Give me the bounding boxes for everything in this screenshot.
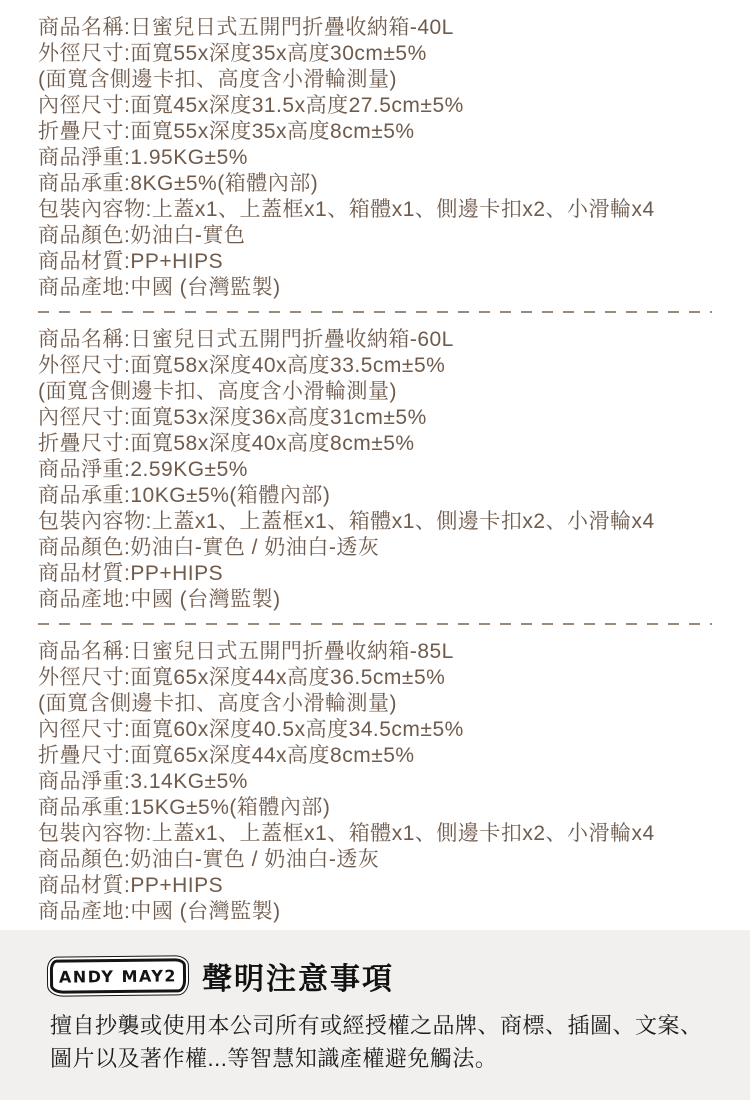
color-line: 商品顏色:奶油白-實色 / 奶油白-透灰 xyxy=(38,535,712,561)
origin-line: 商品產地:中國 (台灣監製) xyxy=(38,899,712,925)
product-spec-content: 商品名稱:日蜜兒日式五開門折疊收納箱-40L 外徑尺寸:面寬55x深度35x高度… xyxy=(0,0,750,925)
folded-size-line: 折疊尺寸:面寬58x深度40x高度8cm±5% xyxy=(38,431,712,457)
net-weight-line: 商品淨重:3.14KG±5% xyxy=(38,769,712,795)
andymay2-logo: ANDY MAY2 xyxy=(50,958,186,993)
package-contents-line: 包裝內容物:上蓋x1、上蓋框x1、箱體x1、側邊卡扣x2、小滑輪x4 xyxy=(38,197,712,223)
notice-line-2: 圖片以及著作權...等智慧知識產權避免觸法。 xyxy=(50,1042,712,1075)
package-contents-line: 包裝內容物:上蓋x1、上蓋框x1、箱體x1、側邊卡扣x2、小滑輪x4 xyxy=(38,509,712,535)
notice-body: 擅自抄襲或使用本公司所有或經授權之品牌、商標、插圖、文案、 圖片以及著作權...… xyxy=(50,1009,712,1075)
load-capacity-line: 商品承重:15KG±5%(箱體內部) xyxy=(38,795,712,821)
dashed-divider xyxy=(38,623,712,625)
origin-line: 商品產地:中國 (台灣監製) xyxy=(38,587,712,613)
measure-note-line: (面寬含側邊卡扣、高度含小滑輪測量) xyxy=(38,67,712,93)
net-weight-line: 商品淨重:1.95KG±5% xyxy=(38,145,712,171)
outer-size-line: 外徑尺寸:面寬55x深度35x高度30cm±5% xyxy=(38,41,712,67)
outer-size-line: 外徑尺寸:面寬65x深度44x高度36.5cm±5% xyxy=(38,665,712,691)
load-capacity-line: 商品承重:10KG±5%(箱體內部) xyxy=(38,483,712,509)
notice-line-1: 擅自抄襲或使用本公司所有或經授權之品牌、商標、插圖、文案、 xyxy=(50,1009,712,1042)
notice-header-row: ANDY MAY2 聲明注意事項 xyxy=(50,958,712,994)
outer-size-line: 外徑尺寸:面寬58x深度40x高度33.5cm±5% xyxy=(38,353,712,379)
load-capacity-line: 商品承重:8KG±5%(箱體內部) xyxy=(38,171,712,197)
logo-text: ANDY MAY2 xyxy=(59,966,177,986)
material-line: 商品材質:PP+HIPS xyxy=(38,561,712,587)
material-line: 商品材質:PP+HIPS xyxy=(38,249,712,275)
product-section-40l: 商品名稱:日蜜兒日式五開門折疊收納箱-40L 外徑尺寸:面寬55x深度35x高度… xyxy=(38,15,712,301)
inner-size-line: 內徑尺寸:面寬60x深度40.5x高度34.5cm±5% xyxy=(38,717,712,743)
inner-size-line: 內徑尺寸:面寬53x深度36x高度31cm±5% xyxy=(38,405,712,431)
origin-line: 商品產地:中國 (台灣監製) xyxy=(38,275,712,301)
measure-note-line: (面寬含側邊卡扣、高度含小滑輪測量) xyxy=(38,691,712,717)
notice-footer: ANDY MAY2 聲明注意事項 擅自抄襲或使用本公司所有或經授權之品牌、商標、… xyxy=(0,930,750,1100)
product-section-60l: 商品名稱:日蜜兒日式五開門折疊收納箱-60L 外徑尺寸:面寬58x深度40x高度… xyxy=(38,327,712,613)
package-contents-line: 包裝內容物:上蓋x1、上蓋框x1、箱體x1、側邊卡扣x2、小滑輪x4 xyxy=(38,821,712,847)
notice-heading: 聲明注意事項 xyxy=(202,954,394,998)
product-section-85l: 商品名稱:日蜜兒日式五開門折疊收納箱-85L 外徑尺寸:面寬65x深度44x高度… xyxy=(38,639,712,925)
product-name-line: 商品名稱:日蜜兒日式五開門折疊收納箱-60L xyxy=(38,327,712,353)
product-name-line: 商品名稱:日蜜兒日式五開門折疊收納箱-40L xyxy=(38,15,712,41)
dashed-divider xyxy=(38,311,712,313)
folded-size-line: 折疊尺寸:面寬65x深度44x高度8cm±5% xyxy=(38,743,712,769)
material-line: 商品材質:PP+HIPS xyxy=(38,873,712,899)
net-weight-line: 商品淨重:2.59KG±5% xyxy=(38,457,712,483)
color-line: 商品顏色:奶油白-實色 / 奶油白-透灰 xyxy=(38,847,712,873)
product-name-line: 商品名稱:日蜜兒日式五開門折疊收納箱-85L xyxy=(38,639,712,665)
measure-note-line: (面寬含側邊卡扣、高度含小滑輪測量) xyxy=(38,379,712,405)
inner-size-line: 內徑尺寸:面寬45x深度31.5x高度27.5cm±5% xyxy=(38,93,712,119)
color-line: 商品顏色:奶油白-實色 xyxy=(38,223,712,249)
folded-size-line: 折疊尺寸:面寬55x深度35x高度8cm±5% xyxy=(38,119,712,145)
